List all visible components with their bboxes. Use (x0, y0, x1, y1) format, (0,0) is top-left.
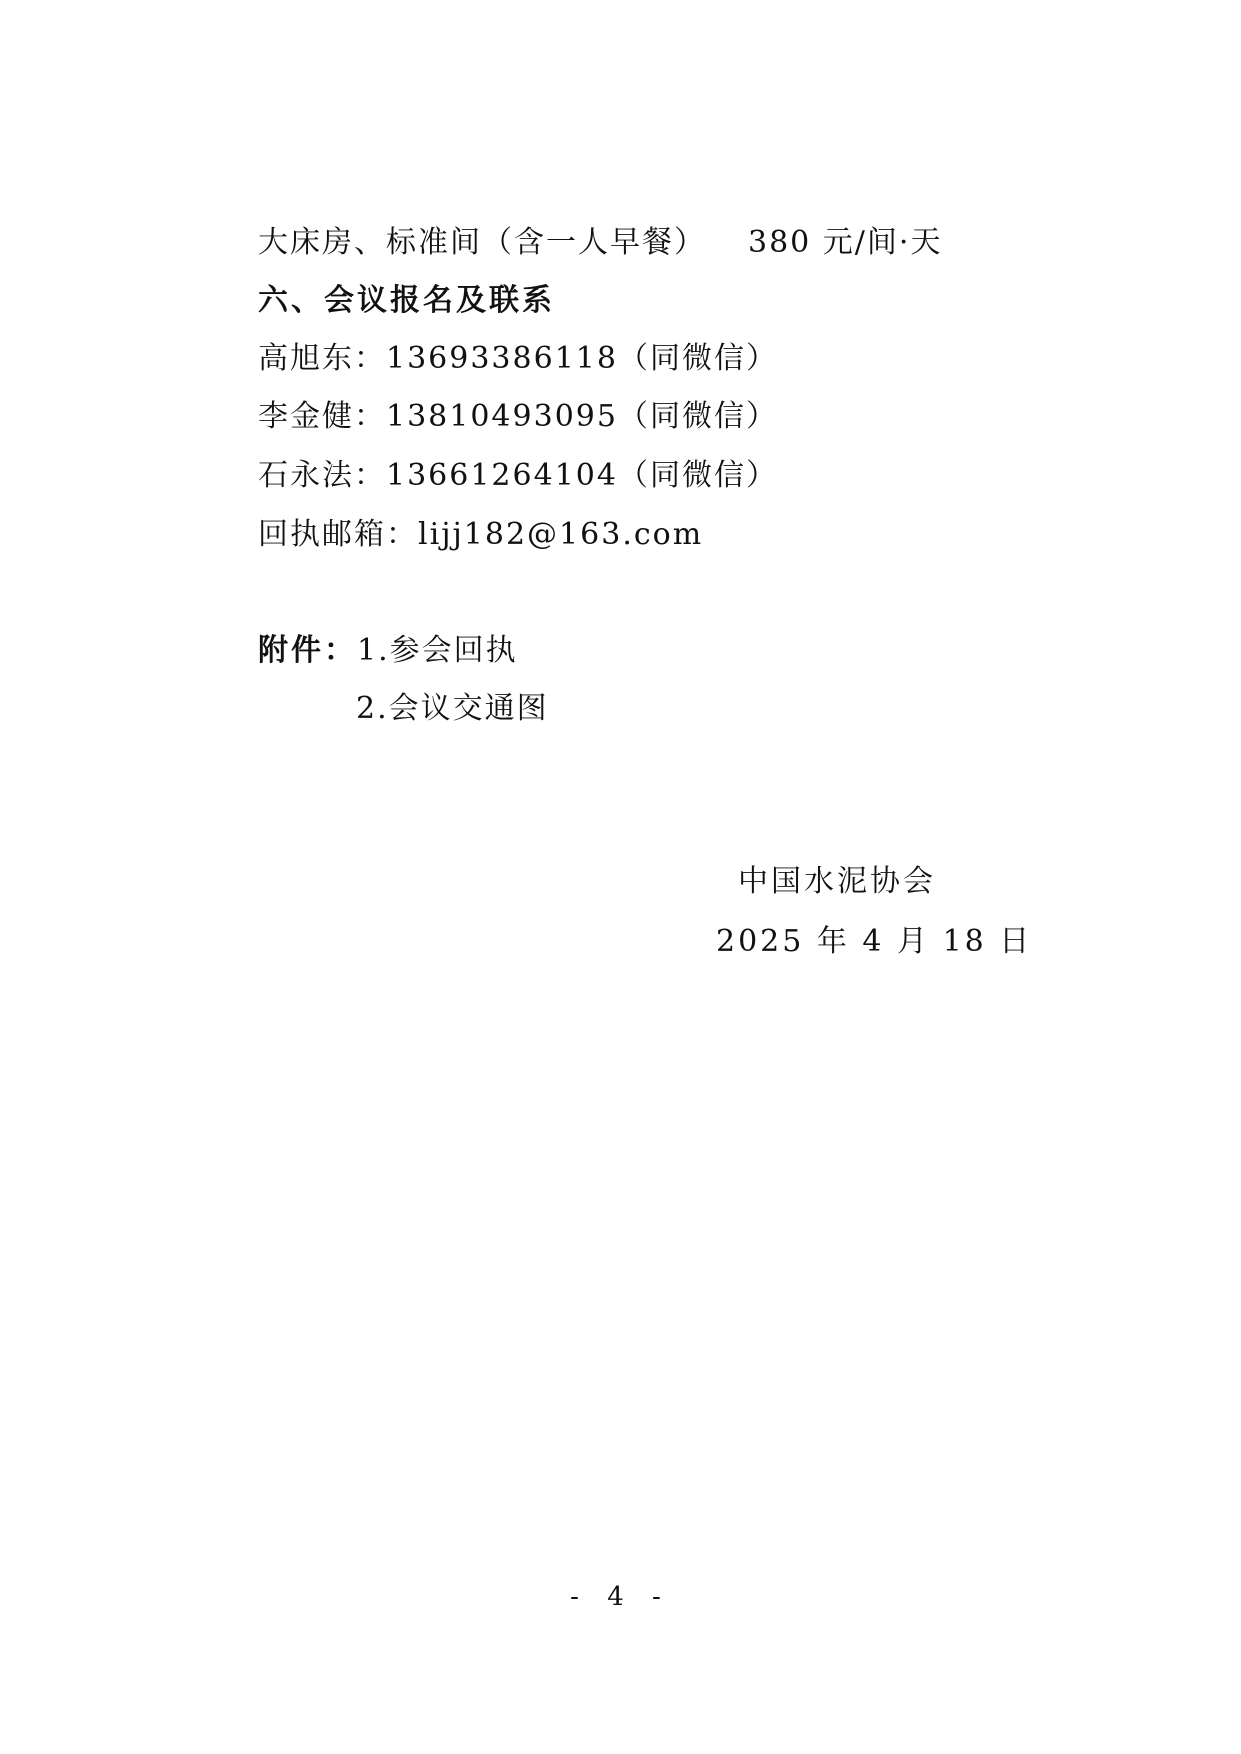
attachments-label: 附件： (258, 633, 357, 668)
contact-line: 高旭东：13693386118（同微信） (258, 339, 778, 379)
room-type: 大床房、标准间（含一人早餐） (258, 225, 706, 260)
attachment-item: 1.参会回执 (357, 633, 518, 668)
contact-line: 石永法：13661264104（同微信） (258, 456, 778, 496)
hotel-price-line: 大床房、标准间（含一人早餐）380 元/间·天 (258, 223, 942, 263)
section-heading: 六、会议报名及联系 (258, 281, 555, 321)
contact-phone: 13693386118 (386, 341, 618, 376)
contact-note: （同微信） (618, 341, 778, 376)
contact-name: 石永法 (258, 458, 354, 493)
contact-phone: 13810493095 (386, 399, 618, 434)
page-number: - 4 - (0, 1582, 1241, 1612)
signature-org: 中国水泥协会 (738, 862, 936, 902)
email-address: lijj182@163.com (418, 517, 703, 552)
contact-note: （同微信） (618, 399, 778, 434)
signature-date: 2025 年 4 月 18 日 (716, 922, 1032, 962)
room-price: 380 元/间·天 (748, 225, 942, 260)
contact-name: 高旭东 (258, 341, 354, 376)
contact-note: （同微信） (618, 458, 778, 493)
contact-name: 李金健 (258, 399, 354, 434)
attachment-item: 2.会议交通图 (356, 689, 549, 729)
contact-phone: 13661264104 (386, 458, 618, 493)
email-line: 回执邮箱：lijj182@163.com (258, 515, 703, 555)
contact-line: 李金健：13810493095（同微信） (258, 397, 778, 437)
attachments-line: 附件：1.参会回执 (258, 631, 518, 671)
email-label: 回执邮箱： (258, 517, 418, 552)
